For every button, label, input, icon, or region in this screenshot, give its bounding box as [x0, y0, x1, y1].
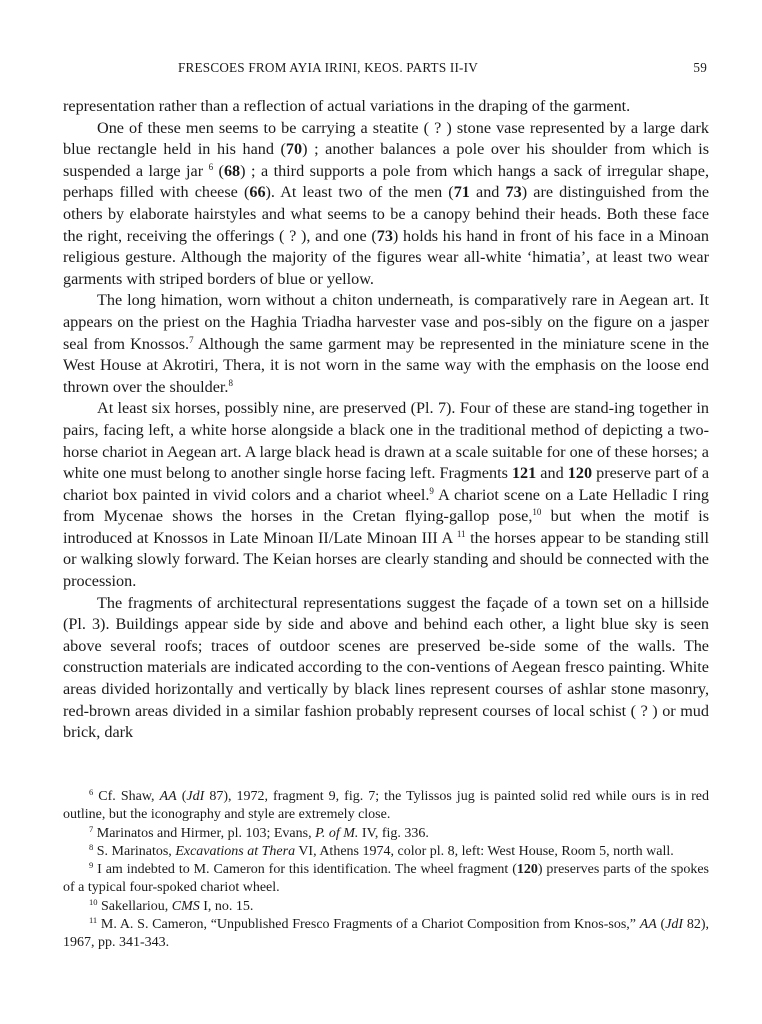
fragment-number: 68	[224, 162, 240, 180]
body-text: representation rather than a reflection …	[63, 96, 709, 744]
footnote-marker: 9	[89, 860, 93, 870]
paragraph: The fragments of architectural represent…	[63, 593, 709, 744]
footnote-marker: 10	[532, 507, 541, 517]
italic-citation: AA	[640, 917, 657, 932]
footnote-marker: 7	[89, 824, 93, 834]
footnote-marker: 6	[209, 162, 214, 172]
fragment-number: 71	[454, 183, 470, 201]
fragment-number: 73	[506, 183, 522, 201]
paragraph: One of these men seems to be carrying a …	[63, 118, 709, 291]
footnotes: 6 Cf. Shaw, AA (JdI 87), 1972, fragment …	[63, 788, 709, 953]
running-title: FRESCOES FROM AYIA IRINI, KEOS. PARTS II…	[178, 60, 478, 76]
italic-citation: JdI	[665, 917, 683, 932]
italic-citation: Excavations at Thera	[175, 844, 295, 859]
paragraph: representation rather than a reflection …	[63, 96, 709, 118]
fragment-number: 120	[517, 862, 538, 877]
fragment-number: 121	[512, 464, 536, 482]
fragment-number: 66	[249, 183, 265, 201]
fragment-number: 73	[377, 227, 393, 245]
footnote-marker: 9	[429, 486, 434, 496]
fragment-number: 70	[286, 140, 302, 158]
footnote-marker: 11	[89, 915, 97, 925]
footnote: 11 M. A. S. Cameron, “Unpublished Fresco…	[63, 916, 709, 953]
footnote-marker: 6	[89, 787, 93, 797]
running-head: FRESCOES FROM AYIA IRINI, KEOS. PARTS II…	[63, 60, 709, 80]
footnote: 7 Marinatos and Hirmer, pl. 103; Evans, …	[63, 825, 709, 843]
footnote: 9 I am indebted to M. Cameron for this i…	[63, 861, 709, 898]
paragraph: At least six horses, possibly nine, are …	[63, 398, 709, 592]
footnote-marker: 7	[189, 335, 194, 345]
footnote-marker: 10	[89, 897, 98, 907]
footnote-marker: 11	[457, 529, 466, 539]
page: FRESCOES FROM AYIA IRINI, KEOS. PARTS II…	[63, 60, 709, 744]
fragment-number: 120	[568, 464, 592, 482]
italic-citation: CMS	[172, 899, 200, 914]
page-number: 59	[693, 60, 707, 76]
footnote-marker: 8	[228, 378, 233, 388]
italic-citation: P. of M.	[315, 826, 358, 841]
italic-citation: JdI	[186, 789, 204, 804]
footnote-marker: 8	[89, 842, 93, 852]
footnote: 10 Sakellariou, CMS I, no. 15.	[63, 898, 709, 916]
footnote: 8 S. Marinatos, Excavations at Thera VI,…	[63, 843, 709, 861]
paragraph: The long himation, worn without a chiton…	[63, 290, 709, 398]
italic-citation: AA	[160, 789, 177, 804]
footnote: 6 Cf. Shaw, AA (JdI 87), 1972, fragment …	[63, 788, 709, 825]
